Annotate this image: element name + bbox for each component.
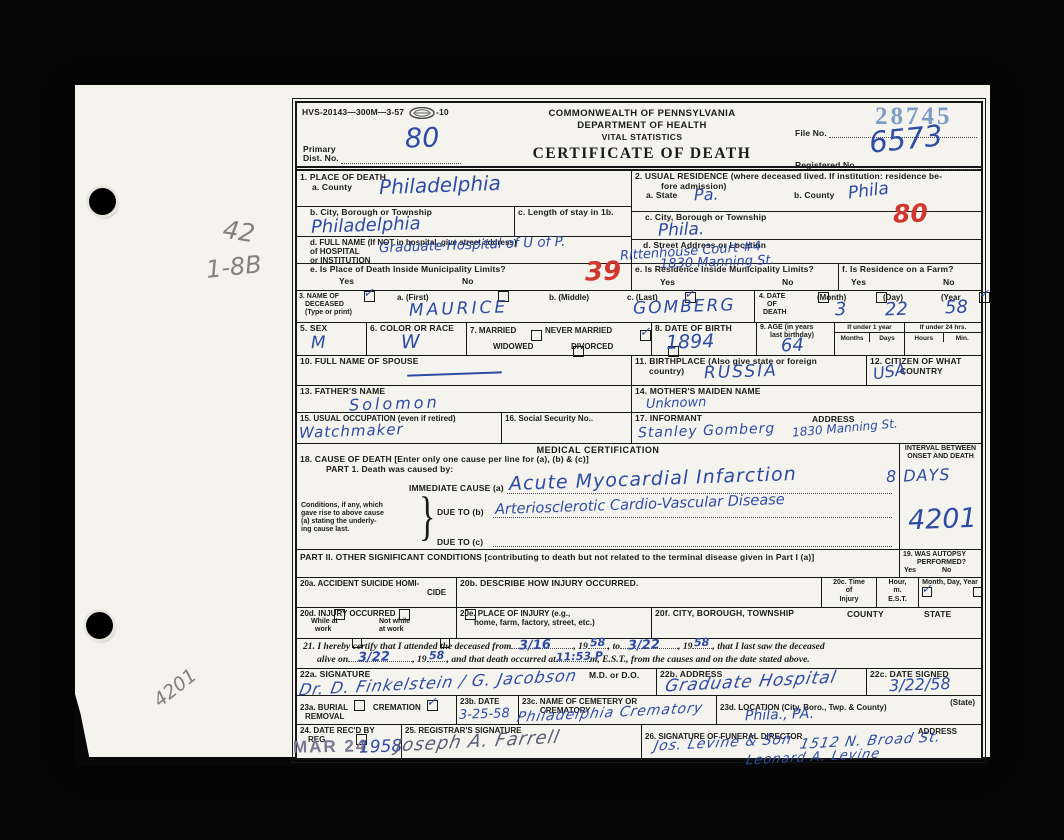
s19-no-label: No	[942, 567, 951, 575]
s20c-hour3: E.S.T.	[877, 596, 918, 604]
min-col-header: Min.	[944, 333, 982, 342]
s1c-label: c. Length of stay in 1b.	[518, 208, 628, 218]
s3-title3: (Type or print)	[305, 309, 352, 317]
s2b-label: b. County	[794, 191, 835, 201]
section-18-cause-of-death: MEDICAL CERTIFICATION 18. CAUSE OF DEATH…	[297, 444, 900, 549]
s2a-value: Pa.	[694, 187, 719, 204]
registered-no-label: Registered No.	[795, 161, 857, 171]
section-23c-cemetery: 23c. NAME OF CEMETERY OR CREMATORY Phila…	[519, 696, 717, 724]
s9-label1: 9. AGE (in years	[760, 324, 831, 332]
registered-no-value: 6573	[868, 121, 944, 158]
s18c-line	[493, 546, 892, 547]
section-8-date-of-birth: 8. DATE OF BIRTH 1894	[652, 323, 757, 355]
s20c-hour-col: Hour, m. E.S.T.	[877, 578, 919, 607]
s21-from-year: 58	[590, 637, 606, 649]
section-16-ssn: 16. Social Security No..	[502, 413, 632, 443]
section-22c-date-signed: 22c. DATE SIGNED 3/22/58	[867, 669, 981, 695]
section-23d-location: 23d. LOCATION (City, Boro., Twp. & Count…	[717, 696, 981, 724]
section-10-spouse: 10. FULL NAME OF SPOUSE	[297, 356, 632, 385]
s23a-cremation-label: CREMATION	[373, 703, 421, 712]
under-1yr-header: If under 1 year	[835, 323, 904, 333]
s3c-value: Gomberg	[633, 297, 736, 318]
hole-punch-bottom	[86, 612, 113, 639]
s23a-burial-label: 23a. BURIAL	[300, 703, 348, 712]
section-15-occupation: 15. USUAL OCCUPATION (even if retired) W…	[297, 413, 502, 443]
section-20f-city-county-state: 20f. CITY, BOROUGH, TOWNSHIP COUNTY STAT…	[652, 608, 981, 638]
age-under-24-hrs: If under 24 hrs. Hours Min.	[905, 323, 981, 355]
section-6-color-or-race: 6. COLOR OR RACE W	[367, 323, 467, 355]
form-header: HVS-20143—300M—3-57 -10 Primary Dist. No…	[297, 103, 981, 171]
row-20def: 20d. INJURY OCCURRED While at work Not w…	[297, 608, 981, 639]
s17-value: Stanley Gomberg	[638, 422, 776, 441]
section-2-usual-residence: 2. USUAL RESIDENCE (where deceased lived…	[632, 171, 981, 290]
s21-time-value: 11:53 P	[556, 650, 603, 663]
s23b-label: 23b. DATE	[460, 697, 515, 706]
date-received-stamp: MAR 24	[293, 736, 368, 757]
s20d-while2: work	[315, 626, 331, 634]
certify-p3: , to	[608, 641, 620, 652]
section-23a-disposition-type: 23a. BURIAL CREMATION ✓ REMOVAL	[297, 696, 457, 724]
row-23-disposition: 23a. BURIAL CREMATION ✓ REMOVAL 23b. DAT…	[297, 696, 981, 725]
section-22b-address: 22b. ADDRESS Graduate Hospital	[657, 669, 867, 695]
section-24-date-received: 24. DATE REC'D BY REG. MAR 24 1958	[297, 725, 402, 760]
row-medical-certification: MEDICAL CERTIFICATION 18. CAUSE OF DEATH…	[297, 444, 981, 550]
interval-label2: ONSET AND DEATH	[903, 453, 978, 461]
s5-label: 5. SEX	[300, 324, 363, 334]
interval-label1: INTERVAL BETWEEN	[903, 445, 978, 453]
s19-yes-label: Yes	[904, 567, 916, 575]
field-1e-municipality: e. Is Place of Death Inside Municipality…	[297, 264, 631, 291]
s20c-mdy-col: Month, Day, Year	[919, 578, 981, 607]
row-part2-autopsy: PART II. OTHER SIGNIFICANT CONDITIONS [c…	[297, 550, 981, 578]
field-2d-street: d. Street Address or Location Rittenhous…	[632, 240, 981, 264]
s2f-no-checkbox: ✓	[979, 292, 990, 303]
row-father-mother: 13. FATHER'S NAME Solomon 14. MOTHER'S M…	[297, 386, 981, 413]
section-5-sex: 5. SEX M	[297, 323, 367, 355]
hole-punch-top	[89, 188, 116, 215]
certificate-form: 80 39 80 HVS-20143—300M—3-57 -10 Primary…	[295, 101, 983, 760]
s5-value: M	[311, 335, 326, 353]
certify-p6: alive on	[317, 654, 348, 665]
s20c-label1: 20c. Time	[822, 579, 876, 587]
s3a-value: Maurice	[409, 299, 509, 319]
s18-due-b-label: DUE TO (b)	[437, 508, 484, 518]
row-24-26: 24. DATE REC'D BY REG. MAR 24 1958 25. R…	[297, 725, 981, 760]
days-col-header: Days	[870, 333, 904, 342]
age-under-1-year: If under 1 year Months Days	[835, 323, 905, 355]
s18b-line	[493, 517, 892, 518]
s23d-state-label: (State)	[950, 698, 975, 707]
pencil-note-42: 42	[221, 215, 257, 249]
s15-value: Watchmaker	[299, 422, 404, 441]
s23a-removal-label: REMOVAL	[305, 712, 344, 721]
row-sex-race-marital-birth-age: 5. SEX M 6. COLOR OR RACE W 7. MARRIED N…	[297, 323, 981, 356]
section-7-marital-status: 7. MARRIED NEVER MARRIED ✓ WIDOWED DIVOR…	[467, 323, 652, 355]
s4-title3: DEATH	[763, 309, 787, 317]
certify-p5: , that I last saw the deceased	[712, 641, 824, 652]
s1e-label: e. Is Place of Death Inside Municipality…	[310, 265, 628, 275]
s8-value: 1894	[666, 332, 715, 353]
s2f-yes-label: Yes	[851, 278, 866, 288]
certify-line-2: alive on3/22, 1958, and that death occur…	[317, 654, 975, 665]
field-1a-county: 1. PLACE OF DEATH a. County Philadelphia	[297, 171, 631, 207]
certify-p7: , 19	[412, 654, 426, 665]
s17-label: 17. INFORMANT	[635, 414, 978, 424]
s7-divorced-label: DIVORCED	[571, 342, 613, 351]
primary-district-number-handwritten: 80	[405, 124, 440, 152]
s18-due-c-label: DUE TO (c)	[437, 538, 483, 548]
part2-label: PART II. OTHER SIGNIFICANT CONDITIONS [c…	[300, 553, 896, 563]
s13-value: Solomon	[349, 394, 440, 413]
s21-from-date: 3/16	[519, 638, 551, 652]
section-19-autopsy: 19. WAS AUTOPSY PERFORMED? Yes ✓ No	[900, 550, 981, 577]
certify-p9: m, E.S.T., from the causes and on the da…	[590, 654, 810, 665]
scan-background: { "glyphs": { "check": "✓" }, "stamps": …	[0, 0, 1064, 840]
section-26-funeral-director: 26. SIGNATURE OF FUNERAL DIRECTOR ADDRES…	[642, 725, 981, 760]
s7-never-married-checkbox: ✓	[640, 330, 651, 341]
s7-married-checkbox	[531, 330, 542, 341]
section-20a-manner: 20a. ACCIDENT SUICIDE HOMI- CIDE	[297, 578, 457, 607]
s21-to-year: 58	[694, 637, 710, 649]
conditions-brace: }	[419, 488, 435, 549]
s22-md-label: M.D. or D.O.	[589, 671, 639, 681]
s6-value: W	[401, 333, 420, 353]
field-2c-city: c. City, Borough or Township Phila.	[632, 212, 981, 240]
months-col-header: Months	[835, 333, 870, 342]
field-1b-city: b. City, Borough or Township Philadelphi…	[297, 207, 515, 237]
field-1b-1c: b. City, Borough or Township Philadelphi…	[297, 207, 631, 237]
s23b-value: 3-25-58	[459, 707, 510, 722]
row-name-dateofdeath: 3. NAME OF DECEASED (Type or print) a. (…	[297, 291, 981, 323]
s20b-label: 20b. DESCRIBE HOW INJURY OCCURRED.	[460, 579, 818, 589]
s23a-burial-checkbox	[354, 700, 365, 711]
form-number-suffix: -10	[436, 108, 449, 118]
section-20e-place-of-injury: 20e. PLACE OF INJURY (e.g., home, farm, …	[457, 608, 652, 638]
row-place-residence: 1. PLACE OF DEATH a. County Philadelphia…	[297, 171, 981, 291]
field-2ab-state-county: 2. USUAL RESIDENCE (where deceased lived…	[632, 171, 981, 212]
s16-label: 16. Social Security No..	[505, 414, 628, 423]
s20c-time-col: 20c. Time of Injury	[822, 578, 877, 607]
s1a-value: Philadelphia	[379, 173, 501, 197]
header-center: COMMONWEALTH OF PENNSYLVANIA DEPARTMENT …	[497, 109, 787, 163]
interval-column: INTERVAL BETWEEN ONSET AND DEATH 8 days …	[900, 444, 981, 549]
s19-label1: 19. WAS AUTOPSY	[903, 551, 978, 559]
s23a-cremation-checkbox: ✓	[427, 700, 438, 711]
pencil-note-4201: 4201	[149, 664, 201, 711]
s3b-label: b. (Middle)	[549, 293, 589, 302]
s20d-not2: at work	[379, 626, 404, 634]
s2e-no-label: No	[782, 278, 794, 288]
s24-label1: 24. DATE REC'D BY	[300, 726, 398, 735]
section-20d-injury-occurred: 20d. INJURY OCCURRED While at work Not w…	[297, 608, 457, 638]
s1e-yes-label: Yes	[339, 277, 354, 287]
red-pencil-80: 80	[893, 200, 929, 226]
section-4-date-of-death: 4. DATE OF DEATH (Month) (Day) (Year 3 2…	[755, 291, 981, 322]
row-spouse-birthplace-citizen: 10. FULL NAME OF SPOUSE 11. BIRTHPLACE (…	[297, 356, 981, 386]
section-20c-time-of-injury: 20c. Time of Injury Hour, m. E.S.T. Mont…	[822, 578, 981, 607]
s4-day-value: 22	[885, 301, 909, 320]
check-mark-icon: ✓	[426, 695, 437, 708]
section-17-informant: 17. INFORMANT ADDRESS Stanley Gomberg 18…	[632, 413, 981, 443]
s23d-value: Phila., PA.	[745, 707, 815, 723]
section-11-birthplace: 11. BIRTHPLACE (Also give state or forei…	[632, 356, 867, 385]
s2d-value2: 1830 Manning St.	[660, 254, 775, 271]
s7-never-married-label: NEVER MARRIED	[545, 326, 612, 335]
s18-cond4: ing cause last.	[301, 526, 349, 534]
section-25-registrar: 25. REGISTRAR'S SIGNATURE Joseph A. Farr…	[402, 725, 642, 760]
s2b-value: Phila	[847, 181, 890, 203]
s20c-hour1: Hour,	[877, 579, 918, 587]
s20a-cide-label: CIDE	[427, 588, 446, 597]
s18b-value: Arteriosclerotic Cardio-Vascular Disease	[495, 493, 785, 518]
certificate-title: CERTIFICATE OF DEATH	[497, 145, 787, 163]
s11-value: Russia	[704, 363, 778, 383]
s21-alive-date: 3/22	[358, 650, 390, 664]
section-1-place-of-death: 1. PLACE OF DEATH a. County Philadelphia…	[297, 171, 632, 290]
s12-label2: COUNTRY	[900, 367, 978, 377]
certify-p8: , and that death occurred at	[447, 654, 556, 665]
section-3-name-of-deceased: 3. NAME OF DECEASED (Type or print) a. (…	[297, 291, 755, 322]
s9-value: 64	[781, 337, 805, 356]
part2-other-conditions: PART II. OTHER SIGNIFICANT CONDITIONS [c…	[297, 550, 900, 577]
s20d-label: 20d. INJURY OCCURRED	[300, 609, 453, 618]
s20c-mdy-label: Month, Day, Year	[919, 579, 981, 587]
registered-no-line	[855, 169, 977, 170]
s12-value: USA	[872, 362, 907, 383]
s7-married-label: 7. MARRIED	[470, 326, 516, 335]
spouse-dash-mark	[407, 371, 502, 376]
s2f-label: f. Is Residence on a Farm?	[842, 265, 978, 275]
s20c-label3: Injury	[822, 596, 876, 604]
row-22-signature: 22a. SIGNATURE M.D. or D.O. Dr. D. Finke…	[297, 669, 981, 696]
primary-dist-line	[341, 163, 461, 164]
section-13-father: 13. FATHER'S NAME Solomon	[297, 386, 632, 412]
s2e-yes-label: Yes	[660, 278, 675, 288]
document-page: 42 1-8B 4201 80 39 80 HVS-20143—300M—3-5…	[75, 85, 990, 766]
field-1c-length-of-stay: c. Length of stay in 1b.	[515, 207, 631, 237]
section-12-citizen: 12. CITIZEN OF WHAT COUNTRY USA	[867, 356, 981, 385]
file-no-label: File No.	[795, 129, 827, 139]
red-pencil-39: 39	[585, 258, 622, 285]
s22c-value: 3/22/58	[889, 676, 951, 694]
s2c-value: Phila.	[658, 221, 705, 240]
interval-value: 8 days	[886, 467, 951, 485]
s20f-county-label: COUNTY	[847, 610, 884, 620]
certify-line-1: 21. I hereby certify that I attended the…	[303, 641, 975, 652]
field-1d-hospital: d. FULL NAME (If NOT in hospital, give s…	[297, 237, 631, 264]
s18a-line	[507, 493, 892, 494]
s20c-label2: of	[822, 587, 876, 595]
s4-month-value: 3	[835, 301, 847, 319]
s20e-label1: 20e. PLACE OF INJURY (e.g.,	[460, 609, 648, 618]
commonwealth-line: COMMONWEALTH OF PENNSYLVANIA	[497, 109, 787, 120]
cause-code-value: 4201	[908, 505, 978, 534]
check-mark-icon: ✓	[639, 325, 650, 338]
field-2f-farm: f. Is Residence on a Farm? Yes No ✓	[839, 264, 981, 291]
section-21-certification: 21. I hereby certify that I attended the…	[297, 639, 981, 668]
row-occupation-ssn-informant: 15. USUAL OCCUPATION (even if retired) W…	[297, 413, 981, 444]
section-14-mother: 14. MOTHER'S MAIDEN NAME Unknown	[632, 386, 981, 412]
s1e-no-label: No	[462, 277, 474, 287]
s20e-label2: home, farm, factory, street, etc.)	[474, 618, 648, 627]
s1b-value: Philadelphia	[311, 215, 421, 237]
section-20b-describe-injury: 20b. DESCRIBE HOW INJURY OCCURRED.	[457, 578, 822, 607]
s14-value: Unknown	[646, 396, 707, 411]
section-23b-date: 23b. DATE 3-25-58	[457, 696, 519, 724]
s2a-label: a. State	[646, 191, 677, 201]
s20c-hour2: m.	[877, 587, 918, 595]
state-seal-icon	[409, 107, 435, 119]
certify-p1: 21. I hereby certify that I attended the…	[303, 641, 511, 652]
section-22a-signature: 22a. SIGNATURE M.D. or D.O. Dr. D. Finke…	[297, 669, 657, 695]
form-number: HVS-20143—300M—3-57	[302, 108, 404, 118]
row-21-certify: 21. I hereby certify that I attended the…	[297, 639, 981, 669]
s4-year-value: 58	[945, 299, 969, 318]
under-24hr-header: If under 24 hrs.	[905, 323, 981, 333]
s21-alive-year: 58	[428, 650, 444, 662]
certify-p4: , 19	[678, 641, 692, 652]
s20f-state-label: STATE	[924, 610, 951, 620]
pencil-note-18b: 1-8B	[205, 250, 263, 284]
s10-label: 10. FULL NAME OF SPOUSE	[300, 357, 628, 367]
hours-col-header: Hours	[905, 333, 944, 342]
s2f-no-label: No	[943, 278, 955, 288]
vital-line: VITAL STATISTICS	[497, 133, 787, 143]
department-line: DEPARTMENT OF HEALTH	[497, 121, 787, 132]
torn-page-corner	[75, 694, 91, 766]
section-9-age: 9. AGE (in years last birthday) 64	[757, 323, 835, 355]
s20a-label: 20a. ACCIDENT SUICIDE HOMI-	[300, 579, 453, 588]
primary-dist-label: Dist. No.	[303, 154, 339, 164]
s7-widowed-label: WIDOWED	[493, 342, 533, 351]
row-20abc: 20a. ACCIDENT SUICIDE HOMI- CIDE 20b. DE…	[297, 578, 981, 608]
s21-to-date: 3/22	[628, 638, 660, 652]
